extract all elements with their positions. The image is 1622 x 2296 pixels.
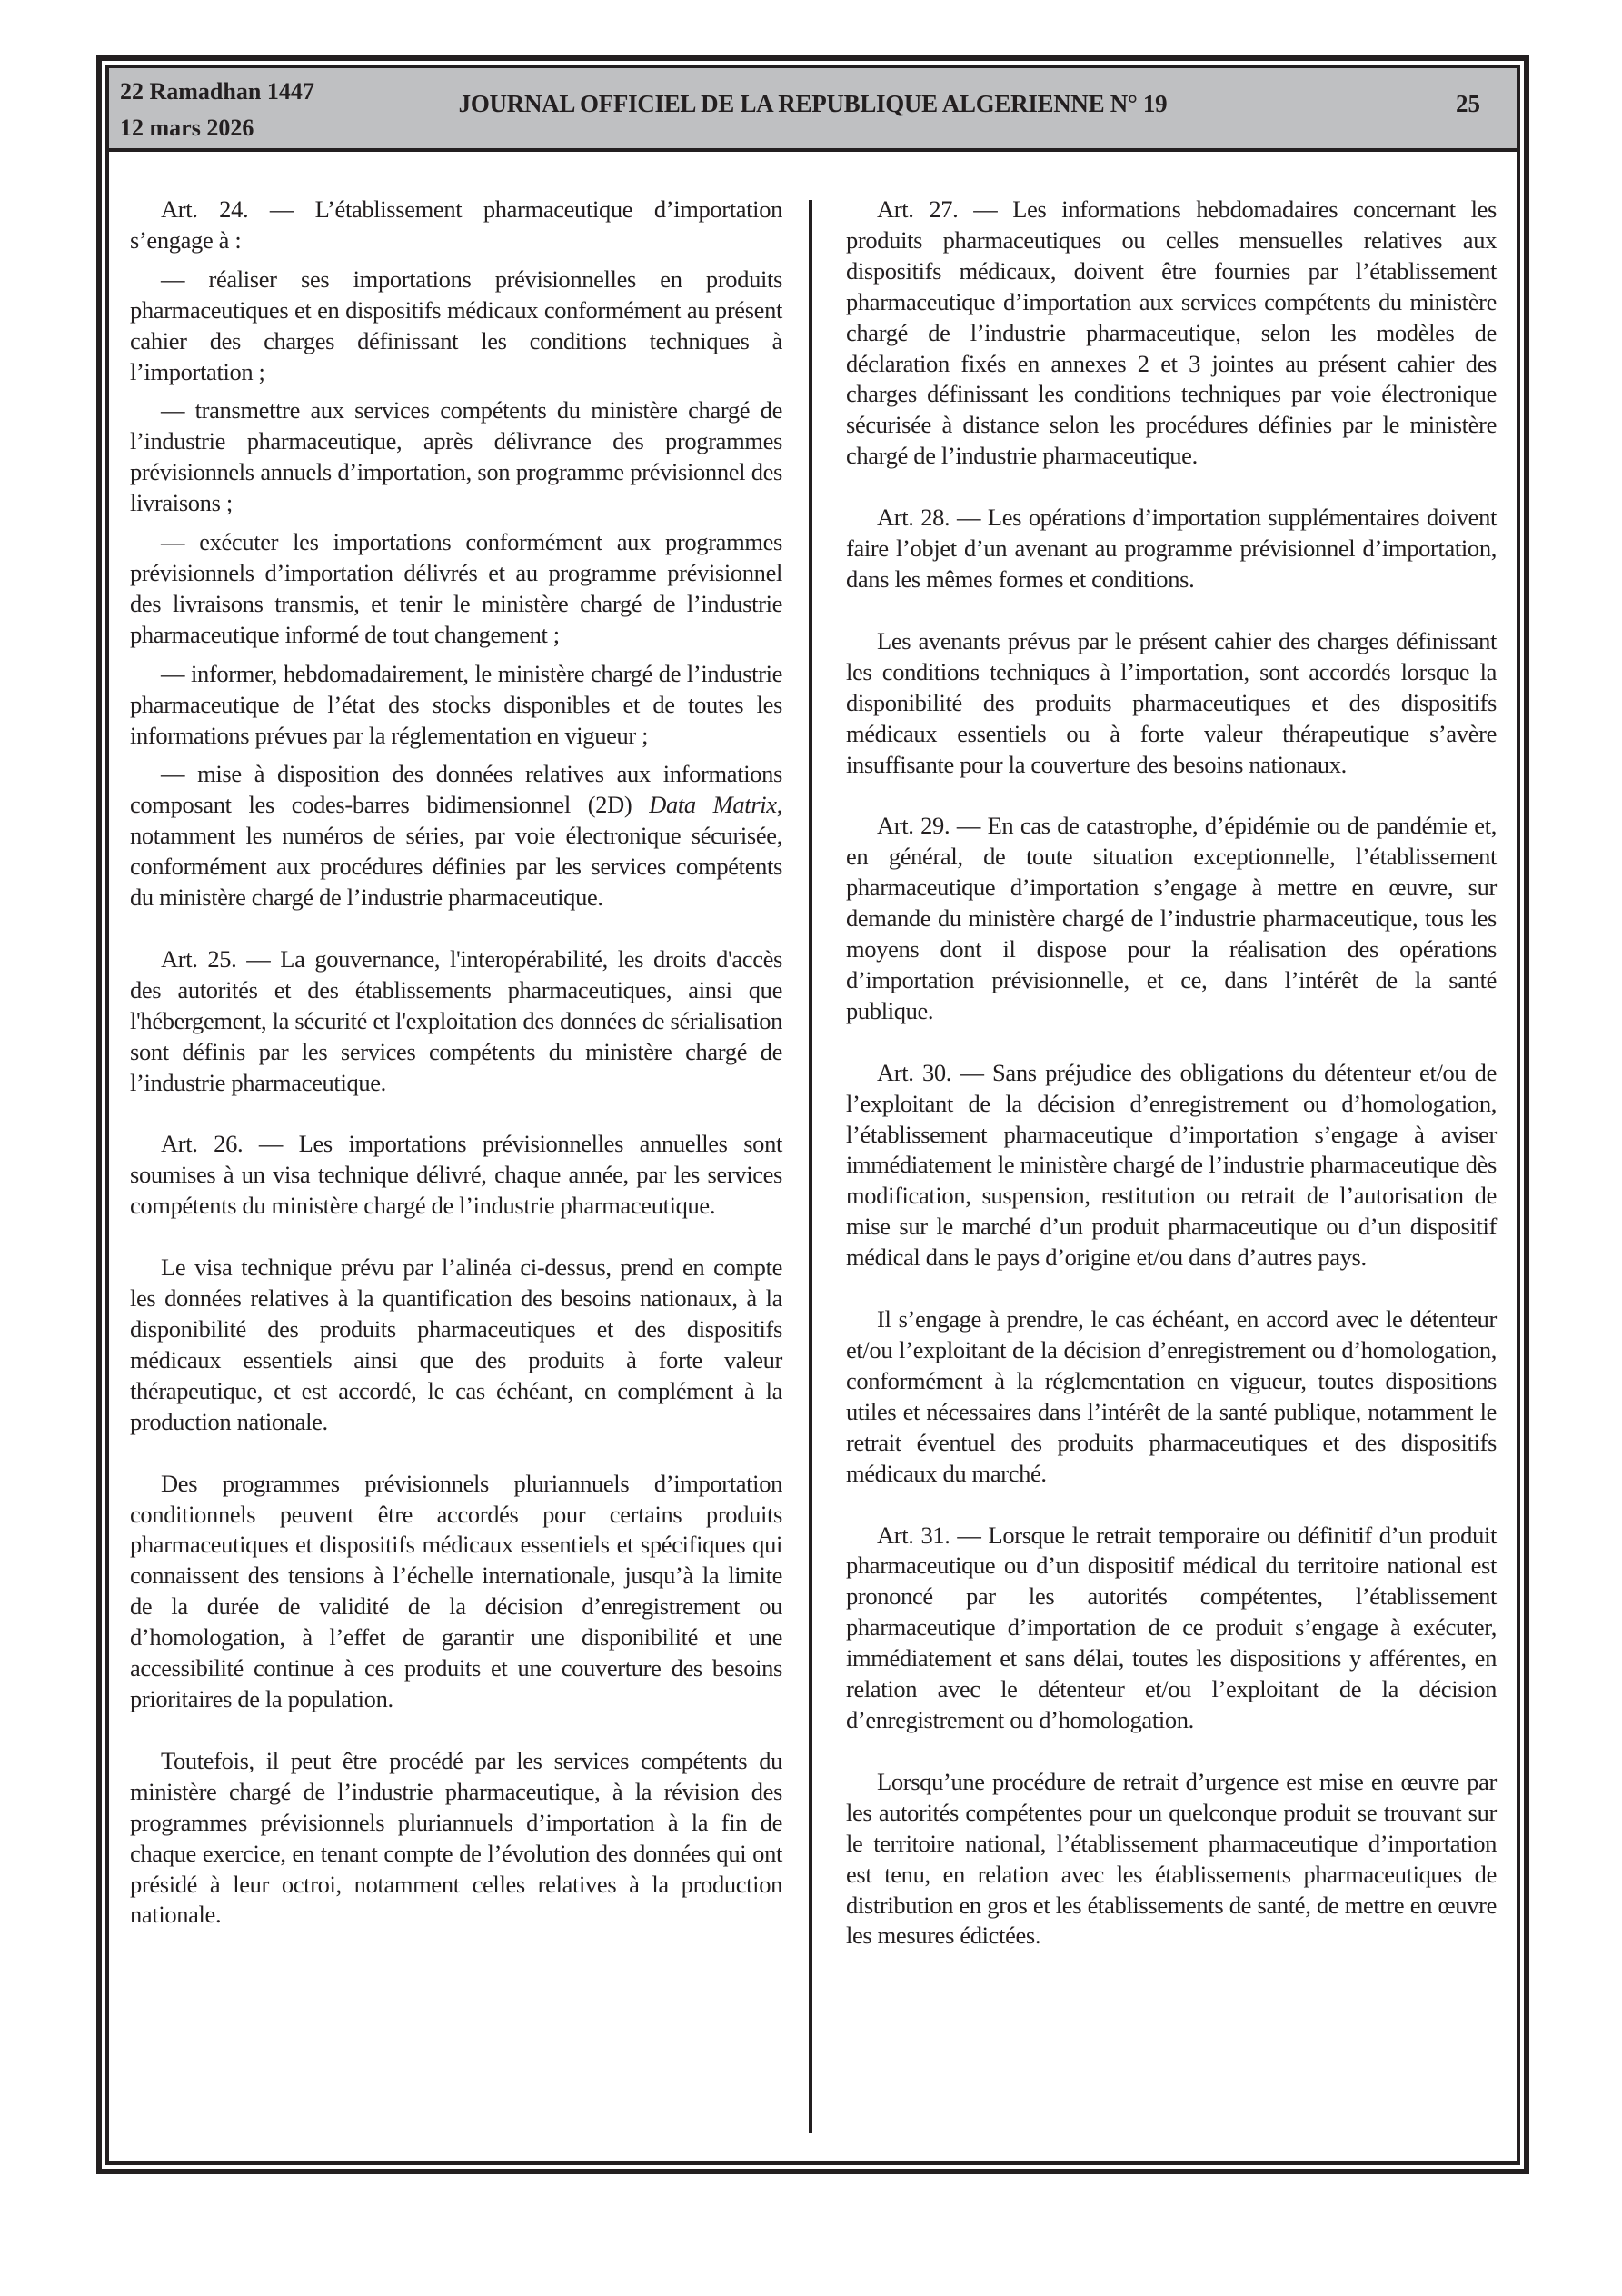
article-24-item-4: — informer, hebdomadairement, le ministè… [130, 659, 782, 752]
article-26: Art. 26. — Les importations prévisionnel… [130, 1129, 782, 1222]
article-30-para-2: Il s’engage à prendre, le cas échéant, e… [846, 1304, 1497, 1489]
article-28: Art. 28. — Les opérations d’importation … [846, 503, 1497, 595]
article-24-intro: Art. 24. — L’établissement pharmaceutiqu… [130, 195, 782, 256]
article-29: Art. 29. — En cas de catastrophe, d’épid… [846, 811, 1497, 1026]
right-column: Art. 27. — Les informations hebdomadaire… [846, 195, 1497, 1952]
data-matrix-term: Data Matrix [649, 791, 777, 818]
article-28-para-2: Les avenants prévus par le présent cahie… [846, 626, 1497, 781]
article-31: Art. 31. — Lorsque le retrait temporaire… [846, 1521, 1497, 1736]
article-25: Art. 25. — La gouvernance, l'interopérab… [130, 944, 782, 1099]
journal-title: JOURNAL OFFICIEL DE LA REPUBLIQUE ALGERI… [109, 90, 1517, 118]
article-30: Art. 30. — Sans préjudice des obligation… [846, 1058, 1497, 1273]
article-27: Art. 27. — Les informations hebdomadaire… [846, 195, 1497, 472]
page-number: 25 [1456, 90, 1480, 118]
left-column: Art. 24. — L’établissement pharmaceutiqu… [130, 195, 782, 1931]
article-24-item-5: — mise à disposition des données relativ… [130, 759, 782, 913]
article-31-para-2: Lorsqu’une procédure de retrait d’urgenc… [846, 1767, 1497, 1952]
article-24-item-2: — transmettre aux services compétents du… [130, 395, 782, 519]
column-divider [809, 200, 812, 2133]
journal-header: 22 Ramadhan 1447 12 mars 2026 JOURNAL OF… [109, 68, 1517, 152]
article-26-para-2: Le visa technique prévu par l’alinéa ci-… [130, 1253, 782, 1437]
article-24-item-1: — réaliser ses importations prévisionnel… [130, 265, 782, 388]
article-26-para-4: Toutefois, il peut être procédé par les … [130, 1746, 782, 1931]
article-24-item-3: — exécuter les importations conformément… [130, 527, 782, 651]
article-26-para-3: Des programmes prévisionnels pluriannuel… [130, 1469, 782, 1715]
